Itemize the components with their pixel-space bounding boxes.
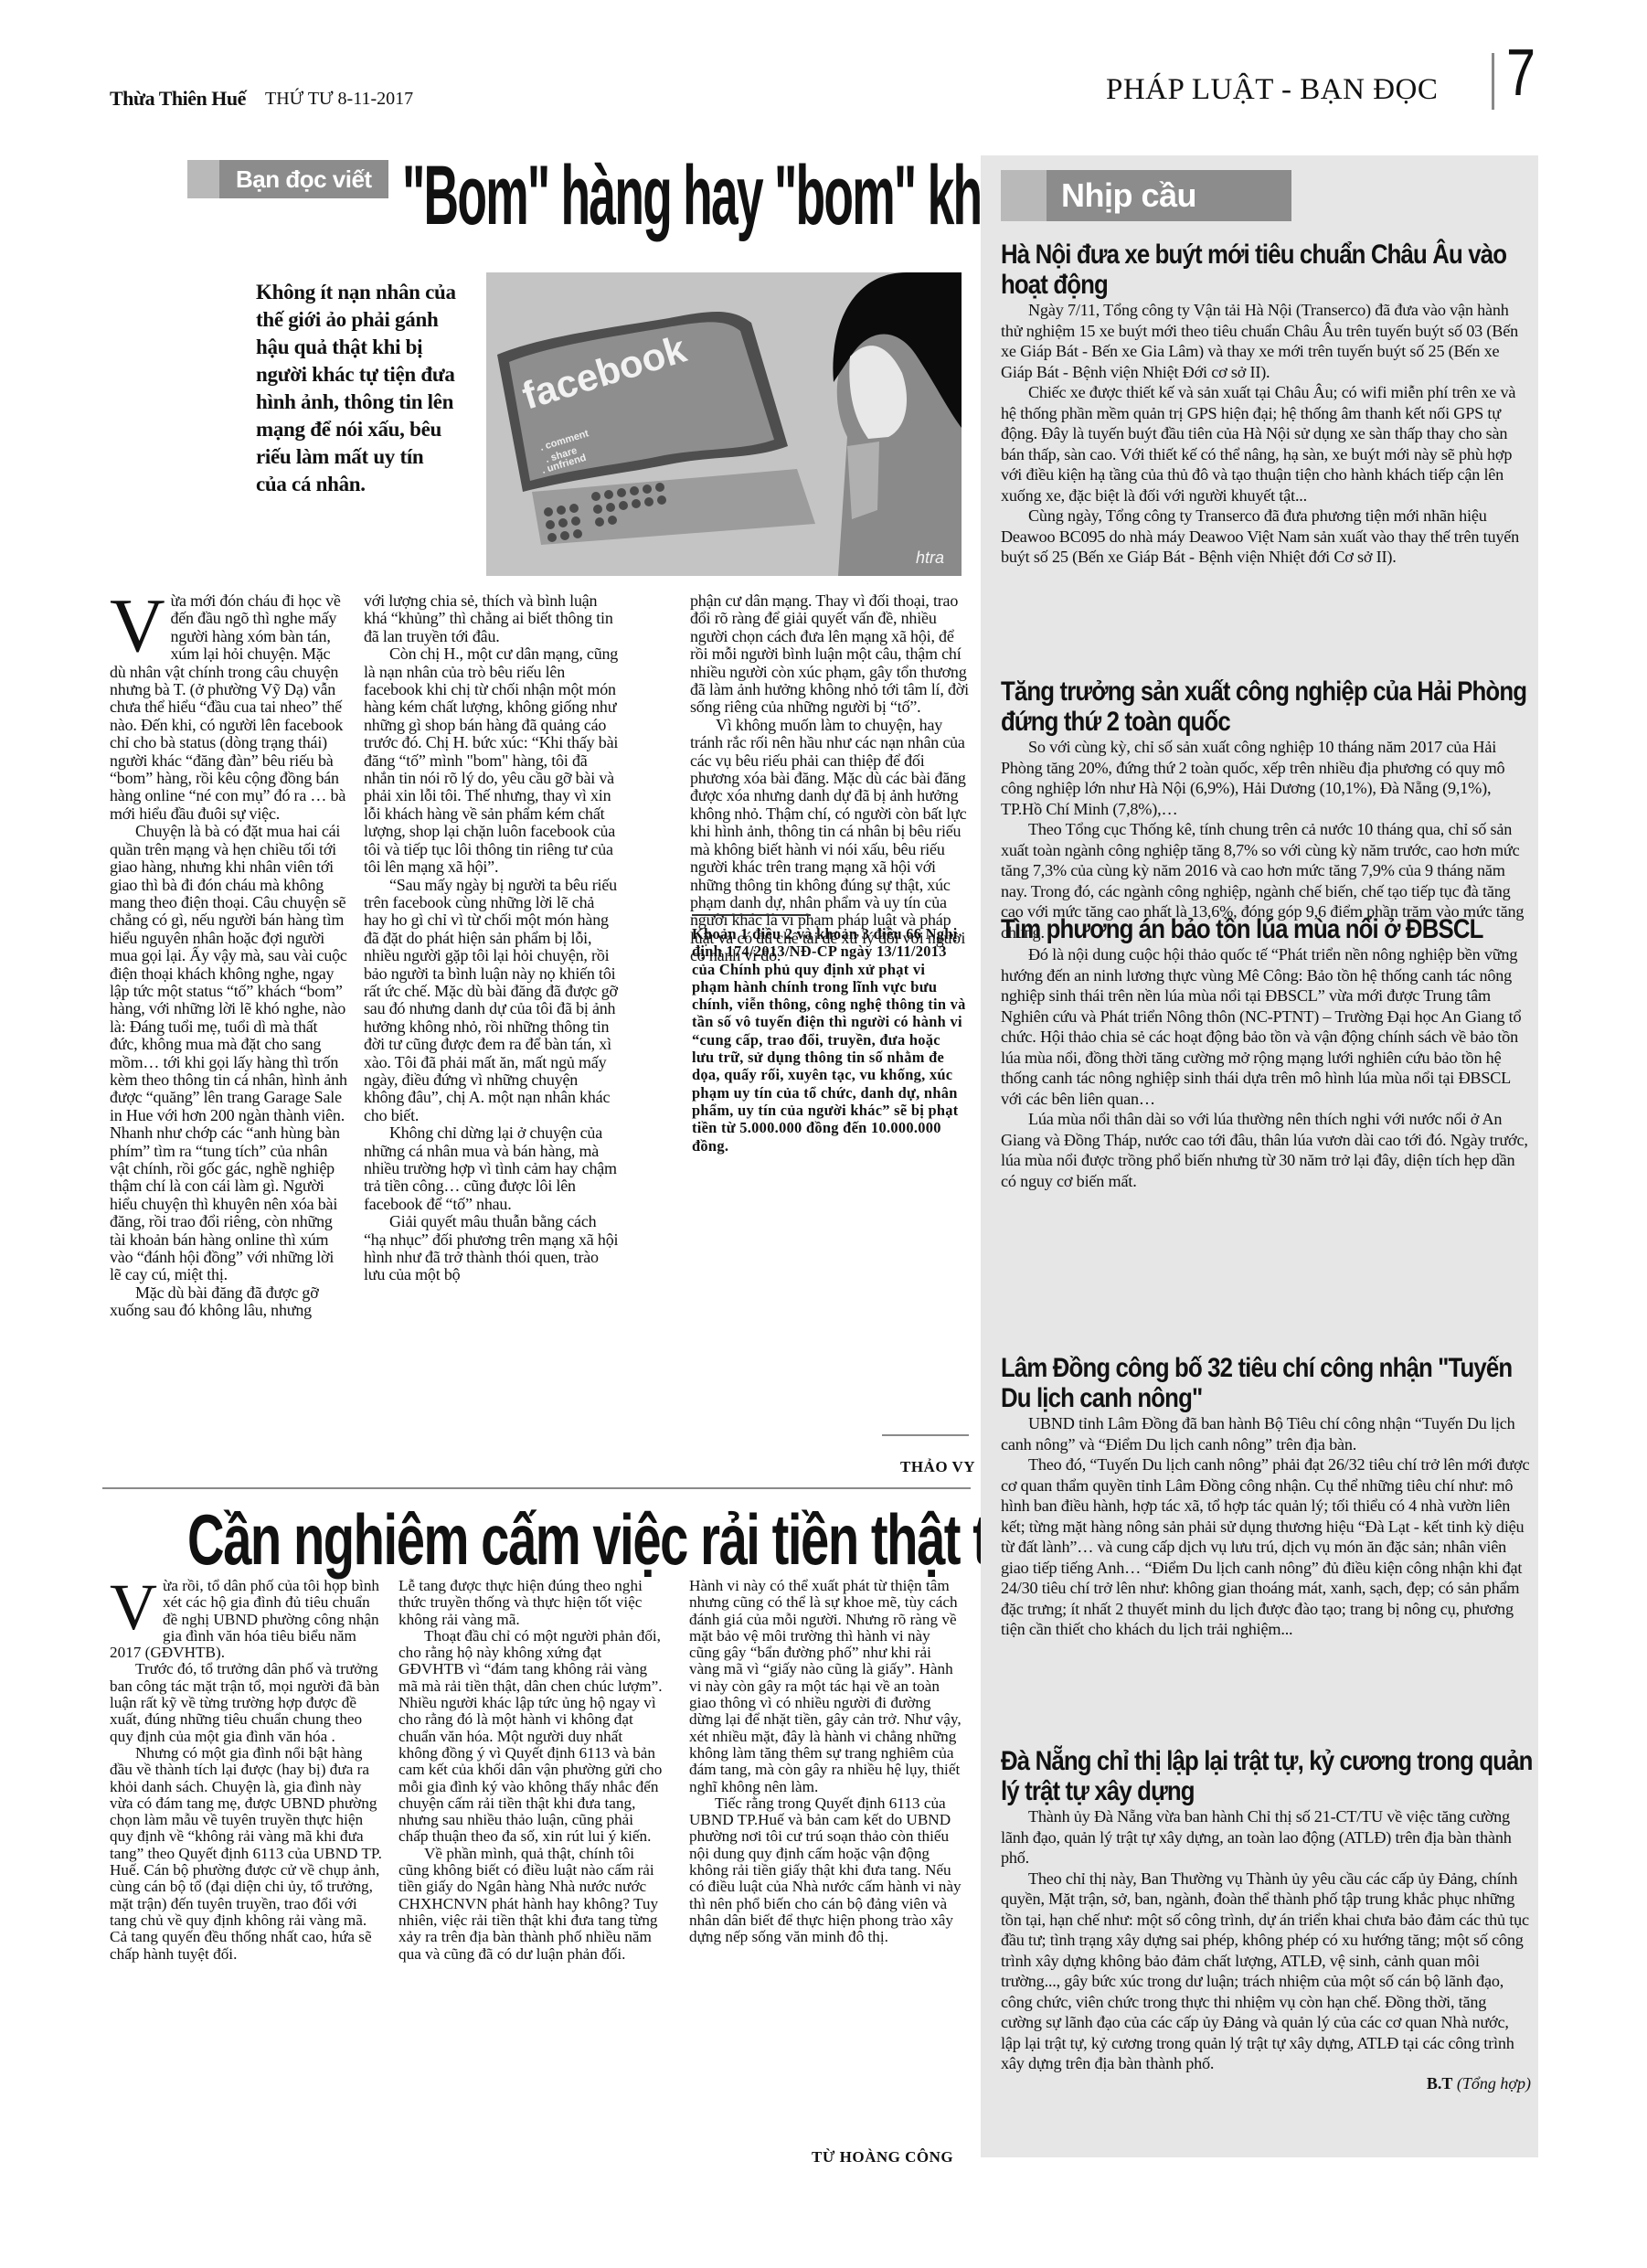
news-paragraph: Đó là nội dung cuộc hội thảo quốc tế “Ph… — [1001, 944, 1531, 1109]
header-divider — [1492, 53, 1494, 110]
legal-note: Khoản 1 điều 2 và khoản 3 điều 66 Nghị đ… — [692, 925, 966, 1155]
dropcap: V — [110, 596, 165, 656]
article-paragraph: Tiếc rằng trong Quyết định 6113 của UBND… — [689, 1795, 963, 1946]
article-1-column-1: Vừa mới đón cháu đi học về đến đầu ngõ t… — [110, 592, 349, 1320]
news-body: UBND tỉnh Lâm Đồng đã ban hành Bộ Tiêu c… — [1001, 1413, 1531, 1640]
sidebar-label-stub — [1001, 170, 1047, 221]
article-paragraph: với lượng chia sẻ, thích và bình luận kh… — [364, 592, 620, 645]
news-sidebar: Nhịp cầu Hà Nội đưa xe buýt mới tiêu chu… — [981, 155, 1538, 2157]
news-body: Thành ủy Đà Nẵng vừa ban hành Chỉ thị số… — [1001, 1806, 1531, 2074]
article-paragraph: Còn chị H., một cư dân mạng, cũng là nạn… — [364, 645, 620, 876]
news-body: Đó là nội dung cuộc hội thảo quốc tế “Ph… — [1001, 944, 1531, 1191]
article-paragraph: Không chỉ dừng lại ở chuyện của những cá… — [364, 1124, 620, 1213]
article-2-column-1: Vừa rồi, tổ dân phố của tôi họp bình xét… — [110, 1578, 384, 1963]
article-lead: Không ít nạn nhân của thế giới ảo phải g… — [256, 279, 457, 498]
news-title: Đà Nẵng chỉ thị lập lại trật tự, kỷ cươn… — [1001, 1746, 1535, 1806]
article-2-column-2: Lễ tang được thực hiện đúng theo nghi th… — [398, 1578, 664, 1963]
byline: TỪ HOÀNG CÔNG — [812, 2148, 953, 2167]
news-title: Lâm Đồng công bố 32 tiêu chí công nhận "… — [1001, 1353, 1535, 1413]
news-paragraph: Theo chỉ thị này, Ban Thường vụ Thành ủy… — [1001, 1869, 1531, 2074]
article-paragraph: Vừa mới đón cháu đi học về đến đầu ngõ t… — [110, 592, 349, 823]
kicker-label: Bạn đọc viết — [187, 160, 388, 198]
byline-rule — [882, 1434, 969, 1436]
sidebar-news-item: Tăng trưởng sản xuất công nghiệp của Hải… — [1001, 676, 1531, 942]
article-paragraph: Thoạt đầu chỉ có một người phản đối, cho… — [398, 1628, 664, 1846]
news-paragraph: Theo đó, “Tuyến Du lịch canh nông” phải … — [1001, 1454, 1531, 1640]
article-2-column-3: Hành vi này có thể xuất phát từ thiện tâ… — [689, 1578, 963, 1946]
news-paragraph: Chiếc xe được thiết kế và sản xuất tại C… — [1001, 382, 1531, 506]
dropcap: V — [110, 1581, 157, 1633]
news-body: So với cùng kỳ, chỉ số sản xuất công ngh… — [1001, 737, 1531, 942]
article-1-column-3: phận cư dân mạng. Thay vì đối thoại, tra… — [690, 592, 969, 965]
article-separator — [102, 1487, 971, 1489]
sidebar-news-item: Đà Nẵng chỉ thị lập lại trật tự, kỷ cươn… — [1001, 1746, 1531, 2093]
sidebar-news-item: Tìm phương án bảo tồn lúa mùa nổi ở ĐBSC… — [1001, 914, 1531, 1191]
page-number: 7 — [1506, 40, 1535, 106]
news-body: Ngày 7/11, Tổng công ty Vận tải Hà Nội (… — [1001, 300, 1531, 568]
article-paragraph: Giải quyết mâu thuẫn bằng cách “hạ nhục”… — [364, 1213, 620, 1284]
news-paragraph: Lúa mùa nổi thân dài so với lúa thường n… — [1001, 1109, 1531, 1191]
article-paragraph: Hành vi này có thể xuất phát từ thiện tâ… — [689, 1578, 963, 1795]
news-title: Tìm phương án bảo tồn lúa mùa nổi ở ĐBSC… — [1001, 914, 1535, 944]
kicker-stub — [187, 160, 219, 198]
sidebar-label: Nhịp cầu — [1001, 170, 1291, 221]
news-title: Tăng trưởng sản xuất công nghiệp của Hải… — [1001, 676, 1535, 737]
article-paragraph: Mặc dù bài đăng đã được gỡ xuống sau đó … — [110, 1284, 349, 1320]
article-paragraph: Nhưng có một gia đình nổi bật hàng đầu v… — [110, 1745, 384, 1963]
svg-text:htra: htra — [916, 548, 944, 567]
section-name: PHÁP LUẬT - BẠN ĐỌC — [1106, 73, 1438, 107]
news-paragraph: So với cùng kỳ, chỉ số sản xuất công ngh… — [1001, 737, 1531, 819]
article-1-column-2: với lượng chia sẻ, thích và bình luận kh… — [364, 592, 620, 1284]
news-paragraph: Ngày 7/11, Tổng công ty Vận tải Hà Nội (… — [1001, 300, 1531, 382]
note-divider — [692, 914, 811, 916]
byline: THẢO VY — [900, 1458, 975, 1476]
article-paragraph: Chuyện là bà có đặt mua hai cái quần trê… — [110, 823, 349, 1284]
credit-author: B.T — [1427, 2074, 1453, 2092]
news-title: Hà Nội đưa xe buýt mới tiêu chuẩn Châu Â… — [1001, 240, 1535, 300]
news-paragraph: Thành ủy Đà Nẵng vừa ban hành Chỉ thị số… — [1001, 1806, 1531, 1869]
news-paragraph: Cùng ngày, Tổng công ty Transerco đã đưa… — [1001, 506, 1531, 568]
article-paragraph: “Sau mấy ngày bị người ta bêu riếu trên … — [364, 877, 620, 1125]
sidebar-news-item: Hà Nội đưa xe buýt mới tiêu chuẩn Châu Â… — [1001, 240, 1531, 568]
article-paragraph: Vừa rồi, tổ dân phố của tôi họp bình xét… — [110, 1578, 384, 1661]
article-paragraph: phận cư dân mạng. Thay vì đối thoại, tra… — [690, 592, 969, 717]
issue-date: THỨ TƯ 8-11-2017 — [265, 89, 413, 110]
sidebar-news-item: Lâm Đồng công bố 32 tiêu chí công nhận "… — [1001, 1353, 1531, 1640]
sidebar-label-text: Nhịp cầu — [1047, 170, 1291, 221]
illustration-image: facebook . comment . share . unfriend ht… — [486, 272, 962, 576]
sidebar-credit: B.T (Tổng hợp) — [1001, 2074, 1531, 2093]
kicker-text: Bạn đọc viết — [219, 160, 388, 198]
article-paragraph: Lễ tang được thực hiện đúng theo nghi th… — [398, 1578, 664, 1628]
facebook-illustration: facebook . comment . share . unfriend ht… — [486, 272, 962, 576]
masthead: Thừa Thiên Huế — [110, 87, 246, 111]
credit-note: (Tổng hợp) — [1457, 2074, 1531, 2092]
article-paragraph: Về phần mình, quả thật, chính tôi cũng k… — [398, 1846, 664, 1963]
article-paragraph: Trước đó, tổ trưởng dân phố và trưởng ba… — [110, 1661, 384, 1744]
news-paragraph: UBND tỉnh Lâm Đồng đã ban hành Bộ Tiêu c… — [1001, 1413, 1531, 1454]
